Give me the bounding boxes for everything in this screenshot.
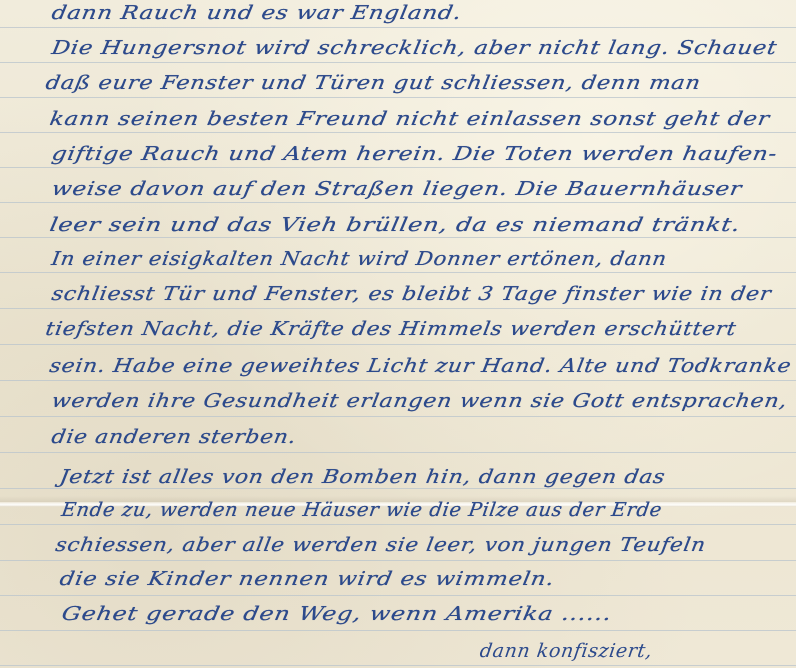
letter-line-4: kann seinen besten Freund nicht einlasse… xyxy=(48,108,772,130)
ruled-line xyxy=(0,452,796,453)
ruled-line xyxy=(0,488,796,489)
letter-line-3: daß eure Fenster und Türen gut schliesse… xyxy=(44,72,703,94)
letter-line-15: Ende zu, werden neue Häuser wie die Pilz… xyxy=(60,499,664,521)
ruled-line xyxy=(0,416,796,417)
ruled-line xyxy=(0,272,796,273)
letter-line-2: Die Hungersnot wird schrecklich, aber ni… xyxy=(50,37,779,59)
ruled-line xyxy=(0,560,796,561)
ruled-line xyxy=(0,132,796,133)
ruled-line xyxy=(0,202,796,203)
letter-line-13: die anderen sterben. xyxy=(50,426,298,448)
ruled-line xyxy=(0,62,796,63)
ruled-line xyxy=(0,524,796,525)
letter-line-7: leer sein und das Vieh brüllen, da es ni… xyxy=(48,214,742,236)
ruled-line xyxy=(0,97,796,98)
ruled-line xyxy=(0,344,796,345)
ruled-line xyxy=(0,380,796,381)
ruled-line xyxy=(0,595,796,596)
letter-line-14: Jetzt ist alles von den Bomben hin, dann… xyxy=(58,466,667,488)
ruled-line xyxy=(0,27,796,28)
letter-line-8: In einer eisigkalten Nacht wird Donner e… xyxy=(50,248,669,270)
letter-line-11: sein. Habe eine geweihtes Licht zur Hand… xyxy=(48,355,793,377)
ruled-line xyxy=(0,237,796,238)
ruled-line xyxy=(0,665,796,666)
ruled-line xyxy=(0,308,796,309)
letter-line-9: schliesst Tür und Fenster, es bleibt 3 T… xyxy=(50,283,773,305)
letter-line-12: werden ihre Gesundheit erlangen wenn sie… xyxy=(50,390,789,412)
letter-line-5: giftige Rauch und Atem herein. Die Toten… xyxy=(50,143,779,165)
letter-line-18: Gehet gerade den Weg, wenn Amerika .....… xyxy=(60,603,614,625)
letter-line-1: dann Rauch und es war England. xyxy=(50,2,463,24)
letter-line-10: tiefsten Nacht, die Kräfte des Himmels w… xyxy=(44,318,738,340)
ruled-line xyxy=(0,630,796,631)
ruled-line xyxy=(0,167,796,168)
letter-closing: dann konfisziert, xyxy=(478,640,653,662)
letter-line-16: schiessen, aber alle werden sie leer, vo… xyxy=(54,534,708,556)
letter-line-17: die sie Kinder nennen wird es wimmeln. xyxy=(58,568,556,590)
letter-line-6: weise davon auf den Straßen liegen. Die … xyxy=(50,178,744,200)
